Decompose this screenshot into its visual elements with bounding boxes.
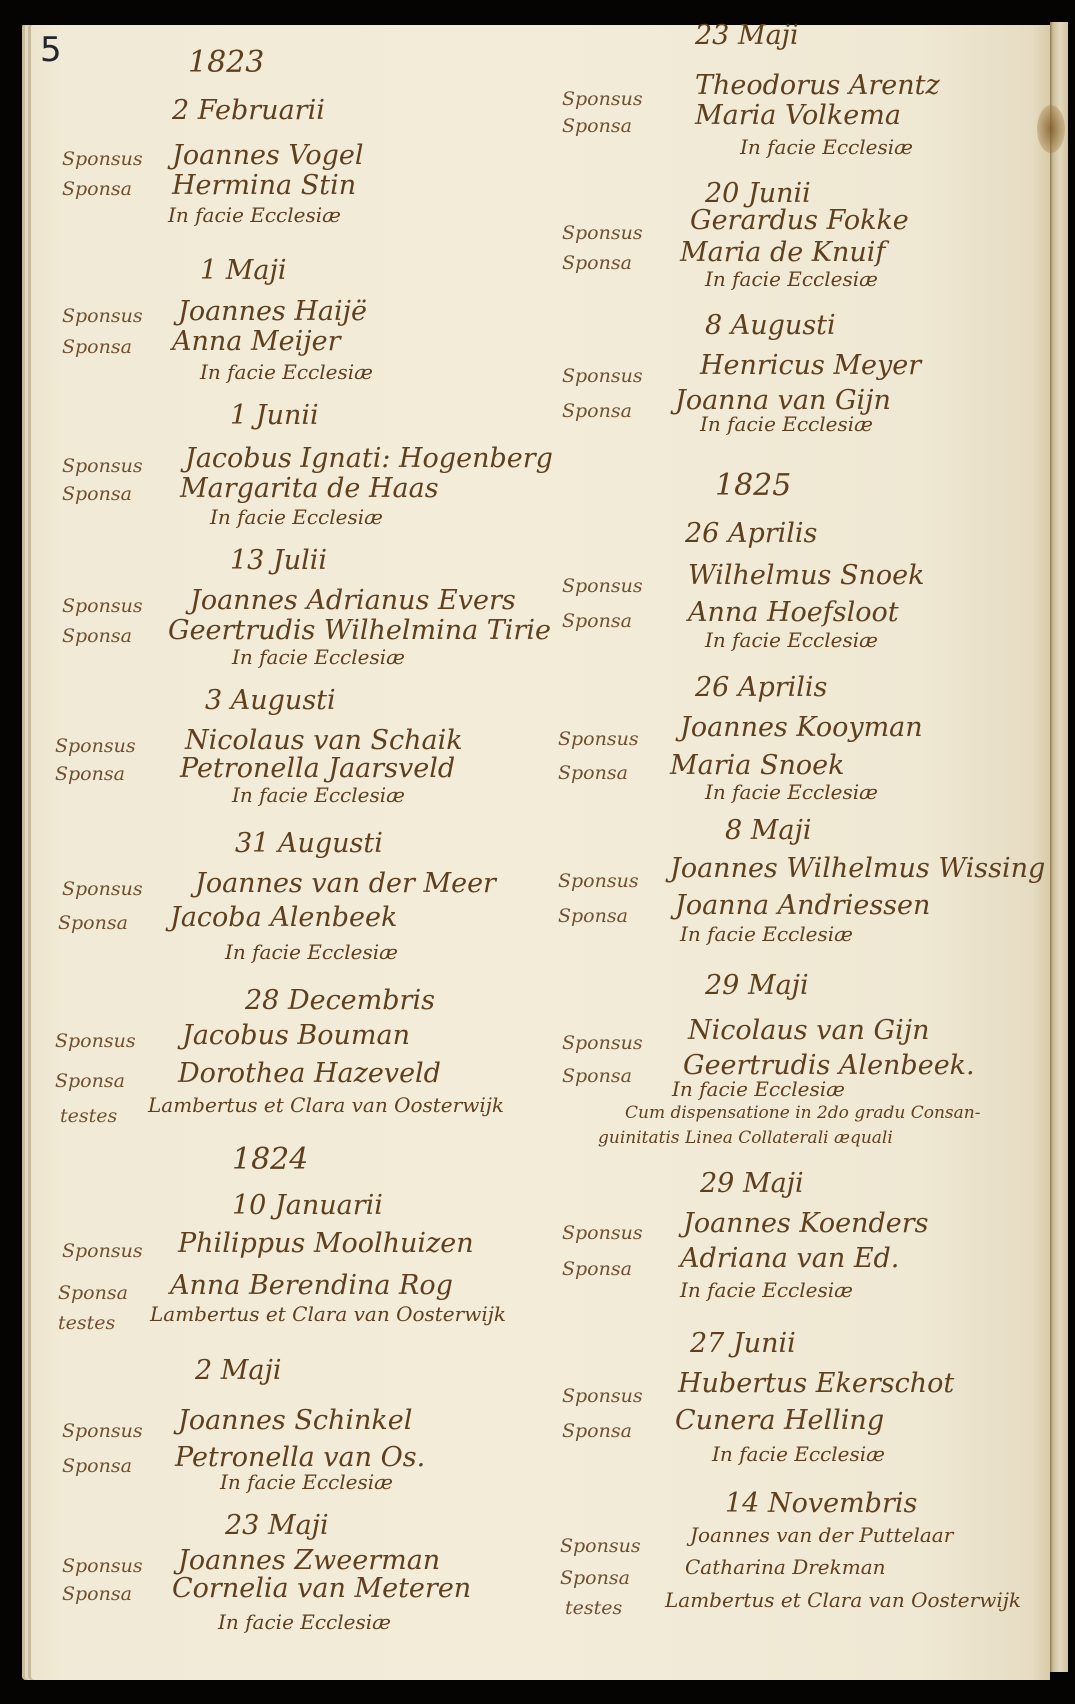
sponsus-label: Sponsus bbox=[62, 878, 143, 900]
ceremony-note: In facie Ecclesiæ bbox=[680, 1278, 853, 1302]
entry-date: 1 Maji bbox=[200, 255, 287, 286]
year-heading-1824: 1824 bbox=[232, 1142, 308, 1177]
sponsa-label: Sponsa bbox=[562, 1258, 632, 1280]
entry-date: 10 Januarii bbox=[232, 1190, 383, 1221]
groom-name: Joannes Zweerman bbox=[178, 1545, 440, 1576]
entry-date: 29 Maji bbox=[705, 970, 809, 1001]
sponsus-label: Sponsus bbox=[562, 222, 643, 244]
sponsus-label: Sponsus bbox=[62, 1420, 143, 1442]
entry-date: 14 Novembris bbox=[725, 1488, 917, 1519]
sponsa-label: Sponsa bbox=[562, 1065, 632, 1087]
sponsus-label: Sponsus bbox=[62, 305, 143, 327]
sponsa-label: Sponsa bbox=[562, 610, 632, 632]
entry-date: 29 Maji bbox=[700, 1168, 804, 1199]
bride-name: Margarita de Haas bbox=[180, 473, 439, 504]
bride-name: Maria Volkema bbox=[695, 100, 901, 131]
page-number: 5 bbox=[40, 30, 62, 70]
sponsus-label: Sponsus bbox=[62, 148, 143, 170]
sponsa-label: Sponsa bbox=[62, 625, 132, 647]
sponsa-label: Sponsa bbox=[58, 912, 128, 934]
ceremony-note: In facie Ecclesiæ bbox=[672, 1077, 845, 1101]
sponsa-label: Sponsa bbox=[62, 178, 132, 200]
bride-name: Anna Hoefsloot bbox=[688, 597, 899, 628]
groom-name: Jacobus Ignati: Hogenberg bbox=[185, 443, 553, 474]
ceremony-note: In facie Ecclesiæ bbox=[232, 645, 405, 669]
groom-name: Joannes Kooyman bbox=[680, 712, 923, 743]
sponsa-label: Sponsa bbox=[562, 115, 632, 137]
groom-name: Philippus Moolhuizen bbox=[178, 1228, 474, 1259]
groom-name: Hubertus Ekerschot bbox=[678, 1368, 954, 1399]
ceremony-note: In facie Ecclesiæ bbox=[680, 922, 853, 946]
ceremony-note: In facie Ecclesiæ bbox=[705, 628, 878, 652]
sponsus-label: Sponsus bbox=[62, 455, 143, 477]
sponsa-label: Sponsa bbox=[558, 905, 628, 927]
sponsa-label: Sponsa bbox=[562, 400, 632, 422]
bride-name: Dorothea Hazeveld bbox=[178, 1058, 441, 1089]
entry-date: 1 Junii bbox=[230, 400, 319, 431]
bride-name: Geertrudis Wilhelmina Tirie bbox=[168, 615, 551, 646]
entry-date: 28 Decembris bbox=[245, 985, 435, 1016]
year-heading-1823: 1823 bbox=[188, 45, 264, 80]
sponsus-label: Sponsus bbox=[562, 575, 643, 597]
entry-date: 23 Maji bbox=[695, 20, 799, 51]
entry-date: 26 Aprilis bbox=[695, 672, 827, 703]
groom-name: Henricus Meyer bbox=[700, 350, 921, 381]
dispensation-note: guinitatis Linea Collaterali æquali bbox=[598, 1128, 893, 1148]
sponsa-label: Sponsa bbox=[62, 1455, 132, 1477]
sponsus-label: Sponsus bbox=[558, 870, 639, 892]
groom-name: Joannes Vogel bbox=[172, 140, 364, 171]
groom-name: Nicolaus van Schaik bbox=[185, 725, 463, 756]
witnesses-names: Lambertus et Clara van Oosterwijk bbox=[148, 1093, 504, 1117]
ceremony-note: In facie Ecclesiæ bbox=[712, 1442, 885, 1466]
bride-name: Maria Snoek bbox=[670, 750, 844, 781]
sponsus-label: Sponsus bbox=[562, 1222, 643, 1244]
dispensation-note: Cum dispensatione in 2do gradu Consan- bbox=[625, 1103, 980, 1123]
ceremony-note: In facie Ecclesiæ bbox=[740, 135, 913, 159]
bride-name: Petronella Jaarsveld bbox=[180, 753, 455, 784]
sponsus-label: Sponsus bbox=[55, 1030, 136, 1052]
sponsus-label: Sponsus bbox=[562, 88, 643, 110]
entry-date: 26 Aprilis bbox=[685, 518, 817, 549]
sponsus-label: Sponsus bbox=[560, 1535, 641, 1557]
sponsus-label: Sponsus bbox=[558, 728, 639, 750]
entry-date: 27 Junii bbox=[690, 1328, 796, 1359]
sponsa-label: Sponsa bbox=[562, 1420, 632, 1442]
bride-name: Jacoba Alenbeek bbox=[170, 902, 397, 933]
entry-date: 2 Maji bbox=[195, 1355, 282, 1386]
entry-date: 2 Februarii bbox=[172, 95, 325, 126]
sponsa-label: Sponsa bbox=[58, 1282, 128, 1304]
ceremony-note: In facie Ecclesiæ bbox=[200, 360, 373, 384]
sponsa-label: Sponsa bbox=[562, 252, 632, 274]
entry-date: 13 Julii bbox=[230, 545, 327, 576]
witnesses-names: Lambertus et Clara van Oosterwijk bbox=[665, 1588, 1021, 1612]
sponsus-label: Sponsus bbox=[62, 595, 143, 617]
entry-date: 8 Maji bbox=[725, 815, 812, 846]
groom-name: Joannes Haijë bbox=[178, 296, 367, 327]
bride-name: Hermina Stin bbox=[172, 170, 356, 201]
ceremony-note: In facie Ecclesiæ bbox=[225, 940, 398, 964]
year-heading-1825: 1825 bbox=[715, 468, 791, 503]
groom-name: Joannes Schinkel bbox=[178, 1405, 412, 1436]
bride-name: Anna Berendina Rog bbox=[170, 1270, 453, 1301]
ink-stain bbox=[1037, 105, 1065, 153]
ceremony-note: In facie Ecclesiæ bbox=[168, 203, 341, 227]
bride-name: Anna Meijer bbox=[172, 326, 340, 357]
page-gutter bbox=[1050, 22, 1068, 1672]
sponsa-label: Sponsa bbox=[62, 1583, 132, 1605]
ceremony-note: In facie Ecclesiæ bbox=[220, 1470, 393, 1494]
groom-name: Theodorus Arentz bbox=[695, 70, 940, 101]
testes-label: testes bbox=[58, 1312, 115, 1334]
entry-date: 8 Augusti bbox=[705, 310, 836, 341]
ceremony-note: In facie Ecclesiæ bbox=[210, 505, 383, 529]
sponsa-label: Sponsa bbox=[558, 762, 628, 784]
bride-name: Adriana van Ed. bbox=[680, 1243, 899, 1274]
entry-date: 23 Maji bbox=[225, 1510, 329, 1541]
groom-name: Joannes Wilhelmus Wissing bbox=[670, 853, 1045, 884]
groom-name: Gerardus Fokke bbox=[690, 205, 909, 236]
ceremony-note: In facie Ecclesiæ bbox=[705, 267, 878, 291]
groom-name: Joannes Adrianus Evers bbox=[190, 585, 516, 616]
groom-name: Nicolaus van Gijn bbox=[688, 1015, 929, 1046]
sponsus-label: Sponsus bbox=[62, 1555, 143, 1577]
bride-name: Catharina Drekman bbox=[685, 1555, 886, 1579]
entry-date: 3 Augusti bbox=[205, 685, 336, 716]
groom-name: Jacobus Bouman bbox=[182, 1020, 410, 1051]
sponsa-label: Sponsa bbox=[55, 763, 125, 785]
ceremony-note: In facie Ecclesiæ bbox=[232, 783, 405, 807]
bride-name: Maria de Knuif bbox=[680, 237, 885, 268]
groom-name: Wilhelmus Snoek bbox=[688, 560, 924, 591]
sponsus-label: Sponsus bbox=[562, 1032, 643, 1054]
testes-label: testes bbox=[60, 1105, 117, 1127]
sponsus-label: Sponsus bbox=[562, 365, 643, 387]
bride-name: Petronella van Os. bbox=[175, 1442, 425, 1473]
sponsus-label: Sponsus bbox=[562, 1385, 643, 1407]
ceremony-note: In facie Ecclesiæ bbox=[700, 412, 873, 436]
groom-name: Joannes van der Puttelaar bbox=[690, 1523, 953, 1547]
sponsa-label: Sponsa bbox=[55, 1070, 125, 1092]
ceremony-note: In facie Ecclesiæ bbox=[705, 780, 878, 804]
bride-name: Joanna Andriessen bbox=[675, 890, 930, 921]
bride-name: Cornelia van Meteren bbox=[172, 1573, 471, 1604]
sponsa-label: Sponsa bbox=[62, 336, 132, 358]
sponsus-label: Sponsus bbox=[55, 735, 136, 757]
groom-name: Joannes van der Meer bbox=[195, 868, 496, 899]
groom-name: Joannes Koenders bbox=[683, 1208, 928, 1239]
bride-name: Cunera Helling bbox=[675, 1405, 884, 1436]
sponsa-label: Sponsa bbox=[560, 1567, 630, 1589]
ceremony-note: In facie Ecclesiæ bbox=[218, 1610, 391, 1634]
witnesses-names: Lambertus et Clara van Oosterwijk bbox=[150, 1302, 506, 1326]
sponsa-label: Sponsa bbox=[62, 483, 132, 505]
testes-label: testes bbox=[565, 1597, 622, 1619]
sponsus-label: Sponsus bbox=[62, 1240, 143, 1262]
entry-date: 31 Augusti bbox=[235, 828, 383, 859]
